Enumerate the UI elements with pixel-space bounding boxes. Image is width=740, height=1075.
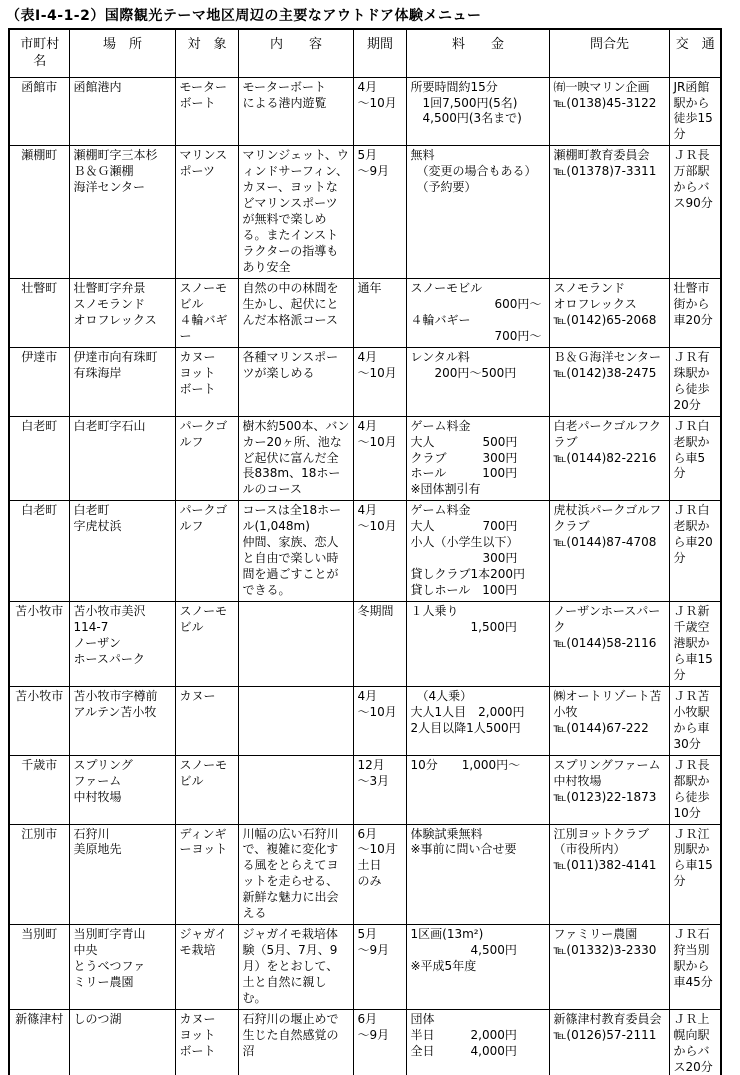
cell-contact: ノーザンホースパーク ℡(0144)58-2116 [549, 602, 669, 687]
header-access: 交 通 [669, 29, 721, 77]
cell-contact: 虎杖浜パークゴルフクラブ ℡(0144)87-4708 [549, 501, 669, 602]
cell-fee: 所要時間約15分 1回7,500円(5名) 4,500円(3名まで) [406, 77, 549, 146]
cell-period: 冬期間 [353, 602, 406, 687]
header-period: 期間 [353, 29, 406, 77]
table-row: 苫小牧市苫小牧市美沢 114-7 ノーザン ホースパークスノーモ ビル冬期間１人… [9, 602, 721, 687]
header-row: 市町村名 場 所 対 象 内 容 期間 料 金 問合先 交 通 [9, 29, 721, 77]
cell-period: 4月 ～10月 [353, 77, 406, 146]
cell-place: 石狩川 美原地先 [69, 824, 175, 925]
cell-contact: ㈱オートリゾート苫小牧 ℡(0144)67-222 [549, 686, 669, 755]
cell-access: 壮瞥市街から車20分 [669, 279, 721, 348]
cell-access: ＪＲ新千歳空港駅から車15分 [669, 602, 721, 687]
cell-city: 江別市 [9, 824, 69, 925]
table-row: 函館市函館港内モーター ボートモーターボート による港内遊覧4月 ～10月所要時… [9, 77, 721, 146]
cell-target: ジャガイ モ栽培 [175, 925, 238, 1010]
table-row: 江別市石狩川 美原地先ディンギ ーヨット川幅の広い石狩川で、複雑に変化する風をと… [9, 824, 721, 925]
cell-contact: Ｂ＆Ｇ海洋センター ℡(0142)38-2475 [549, 347, 669, 416]
cell-contact: スプリングファーム中村牧場 ℡(0123)22-1873 [549, 755, 669, 824]
cell-fee: 無料 （変更の場合もある） （予約要） [406, 146, 549, 279]
cell-content [238, 602, 353, 687]
header-place: 場 所 [69, 29, 175, 77]
cell-access: JR函館駅から徒歩15分 [669, 77, 721, 146]
cell-content: コースは全18ホール(1,048m) 仲間、家族、恋人と自由で楽しい時間を過ごす… [238, 501, 353, 602]
cell-content: 川幅の広い石狩川で、複雑に変化する風をとらえてヨットを走らせる、新鮮な魅力に出会… [238, 824, 353, 925]
cell-access: ＪＲ江別駅から車15分 [669, 824, 721, 925]
table-row: 白老町白老町字石山パークゴ ルフ樹木約500本、バンカー20ヶ所、池など起伏に富… [9, 416, 721, 501]
header-target: 対 象 [175, 29, 238, 77]
cell-access: ＪＲ有珠駅から徒歩20分 [669, 347, 721, 416]
table-row: 苫小牧市苫小牧市字樽前 アルテン苫小牧カヌー4月 ～10月 （4人乗） 大人1人… [9, 686, 721, 755]
cell-contact: 江別ヨットクラブ（市役所内） ℡(011)382-4141 [549, 824, 669, 925]
cell-fee: スノーモビル 600円～ ４輪バギー 700円～ [406, 279, 549, 348]
cell-city: 白老町 [9, 501, 69, 602]
cell-fee: 団体 半日 2,000円 全日 4,000円 [406, 1009, 549, 1075]
cell-access: ＪＲ苫小牧駅から車30分 [669, 686, 721, 755]
header-content: 内 容 [238, 29, 353, 77]
cell-target: カヌー ヨット ボート [175, 1009, 238, 1075]
cell-content: 石狩川の堰止めで生じた自然感覚の沼 [238, 1009, 353, 1075]
cell-target: カヌー ヨット ボート [175, 347, 238, 416]
cell-city: 瀬棚町 [9, 146, 69, 279]
cell-city: 千歳市 [9, 755, 69, 824]
cell-period: 12月 ～3月 [353, 755, 406, 824]
cell-place: 壮瞥町字弁景 スノモランド オロフレックス [69, 279, 175, 348]
cell-target: カヌー [175, 686, 238, 755]
cell-target: マリンス ポーツ [175, 146, 238, 279]
cell-place: 白老町字石山 [69, 416, 175, 501]
cell-target: モーター ボート [175, 77, 238, 146]
cell-fee: 10分 1,000円～ [406, 755, 549, 824]
cell-city: 函館市 [9, 77, 69, 146]
cell-contact: ㈲一映マリン企画 ℡(0138)45-3122 [549, 77, 669, 146]
cell-city: 新篠津村 [9, 1009, 69, 1075]
page-title: （表Ⅰ-4-1-2）国際観光テーマ地区周辺の主要なアウトドア体験メニュー [0, 0, 740, 28]
cell-fee: 1区画(13m²) 4,500円 ※平成5年度 [406, 925, 549, 1010]
cell-city: 白老町 [9, 416, 69, 501]
cell-city: 苫小牧市 [9, 686, 69, 755]
cell-period: 4月 ～10月 [353, 416, 406, 501]
cell-access: ＪＲ石狩当別駅から車45分 [669, 925, 721, 1010]
cell-content: 各種マリンスポーツが楽しめる [238, 347, 353, 416]
cell-place: 白老町 字虎杖浜 [69, 501, 175, 602]
cell-city: 苫小牧市 [9, 602, 69, 687]
cell-fee: ゲーム料金 大人 700円 小人（小学生以下） 300円 貸しクラブ1本200円… [406, 501, 549, 602]
cell-content [238, 755, 353, 824]
cell-content [238, 686, 353, 755]
cell-period: 5月 ～9月 [353, 146, 406, 279]
cell-place: 苫小牧市字樽前 アルテン苫小牧 [69, 686, 175, 755]
cell-place: 苫小牧市美沢 114-7 ノーザン ホースパーク [69, 602, 175, 687]
cell-period: 6月 ～10月 土日 のみ [353, 824, 406, 925]
cell-period: 6月 ～9月 [353, 1009, 406, 1075]
cell-target: スノーモ ビル ４輪バギ ー [175, 279, 238, 348]
cell-period: 4月 ～10月 [353, 686, 406, 755]
cell-fee: （4人乗） 大人1人目 2,000円 2人目以降1人500円 [406, 686, 549, 755]
cell-period: 5月 ～9月 [353, 925, 406, 1010]
cell-content: 自然の中の林間を生かし、起伏にとんだ本格派コース [238, 279, 353, 348]
cell-fee: １人乗り 1,500円 [406, 602, 549, 687]
cell-content: モーターボート による港内遊覧 [238, 77, 353, 146]
cell-place: 当別町字青山 中央 とうべつファ ミリー農園 [69, 925, 175, 1010]
cell-city: 当別町 [9, 925, 69, 1010]
cell-target: スノーモ ビル [175, 755, 238, 824]
table-row: 当別町当別町字青山 中央 とうべつファ ミリー農園ジャガイ モ栽培ジャガイモ栽培… [9, 925, 721, 1010]
cell-contact: スノモランド オロフレックス ℡(0142)65-2068 [549, 279, 669, 348]
cell-fee: ゲーム料金 大人 500円 クラブ 300円 ホール 100円 ※団体割引有 [406, 416, 549, 501]
cell-target: スノーモ ビル [175, 602, 238, 687]
cell-place: 伊達市向有珠町 有珠海岸 [69, 347, 175, 416]
cell-period: 4月 ～10月 [353, 347, 406, 416]
table-row: 白老町白老町 字虎杖浜パークゴ ルフコースは全18ホール(1,048m) 仲間、… [9, 501, 721, 602]
cell-contact: 白老パークゴルフクラブ ℡(0144)82-2216 [549, 416, 669, 501]
cell-fee: レンタル料 200円～500円 [406, 347, 549, 416]
table-row: 伊達市伊達市向有珠町 有珠海岸カヌー ヨット ボート各種マリンスポーツが楽しめる… [9, 347, 721, 416]
cell-contact: ファミリー農園 ℡(01332)3-2330 [549, 925, 669, 1010]
table-row: 瀬棚町瀬棚町字三本杉 Ｂ＆Ｇ瀬棚 海洋センターマリンス ポーツマリンジェット、ウ… [9, 146, 721, 279]
cell-access: ＪＲ白老駅から車5分 [669, 416, 721, 501]
cell-period: 通年 [353, 279, 406, 348]
table-header: 市町村名 場 所 対 象 内 容 期間 料 金 問合先 交 通 [9, 29, 721, 77]
cell-city: 壮瞥町 [9, 279, 69, 348]
cell-content: 樹木約500本、バンカー20ヶ所、池など起伏に富んだ全長838m、18ホールのコ… [238, 416, 353, 501]
cell-place: 函館港内 [69, 77, 175, 146]
outdoor-experience-table: 市町村名 場 所 対 象 内 容 期間 料 金 問合先 交 通 函館市函館港内モ… [8, 28, 722, 1075]
table-row: 千歳市スプリング ファーム 中村牧場スノーモ ビル12月 ～3月10分 1,00… [9, 755, 721, 824]
cell-place: 瀬棚町字三本杉 Ｂ＆Ｇ瀬棚 海洋センター [69, 146, 175, 279]
cell-contact: 新篠津村教育委員会 ℡(0126)57-2111 [549, 1009, 669, 1075]
cell-target: ディンギ ーヨット [175, 824, 238, 925]
cell-content: マリンジェット、ウィンドサーフィン、カヌー、ヨットなどマリンスポーツが無料で楽し… [238, 146, 353, 279]
cell-target: パークゴ ルフ [175, 501, 238, 602]
header-fee: 料 金 [406, 29, 549, 77]
header-contact: 問合先 [549, 29, 669, 77]
header-city: 市町村名 [9, 29, 69, 77]
table-row: 新篠津村しのつ湖カヌー ヨット ボート石狩川の堰止めで生じた自然感覚の沼6月 ～… [9, 1009, 721, 1075]
cell-target: パークゴ ルフ [175, 416, 238, 501]
cell-access: ＪＲ長万部駅からバス90分 [669, 146, 721, 279]
cell-city: 伊達市 [9, 347, 69, 416]
table-row: 壮瞥町壮瞥町字弁景 スノモランド オロフレックススノーモ ビル ４輪バギ ー自然… [9, 279, 721, 348]
cell-place: スプリング ファーム 中村牧場 [69, 755, 175, 824]
cell-access: ＪＲ白老駅から車20分 [669, 501, 721, 602]
cell-access: ＪＲ上幌向駅からバス20分 [669, 1009, 721, 1075]
cell-place: しのつ湖 [69, 1009, 175, 1075]
cell-content: ジャガイモ栽培体験（5月、7月、9月）をとおして、土と自然に親しむ。 [238, 925, 353, 1010]
table-body: 函館市函館港内モーター ボートモーターボート による港内遊覧4月 ～10月所要時… [9, 77, 721, 1075]
cell-access: ＪＲ長都駅から徒歩10分 [669, 755, 721, 824]
cell-contact: 瀬棚町教育委員会 ℡(01378)7-3311 [549, 146, 669, 279]
cell-fee: 体験試乗無料 ※事前に問い合せ要 [406, 824, 549, 925]
cell-period: 4月 ～10月 [353, 501, 406, 602]
